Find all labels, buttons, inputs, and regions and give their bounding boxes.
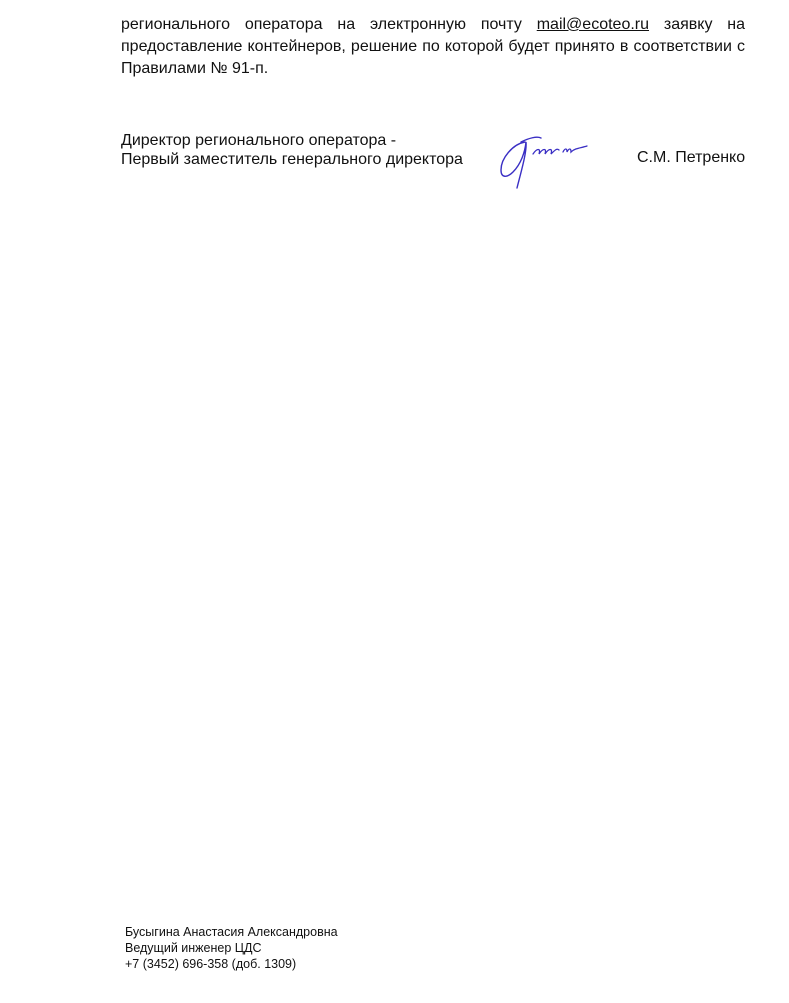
line-1-text: регионального оператора на электронную п… — [121, 16, 522, 33]
signatory-name: С.М. Петренко — [637, 148, 745, 167]
paragraph-line-3: Правилами № 91-п. — [121, 58, 745, 80]
line-1-tail: заявку на — [664, 16, 745, 33]
contact-phone: +7 (3452) 696-358 (доб. 1309) — [125, 956, 338, 972]
signatory-title-line-1: Директор регионального оператора - — [121, 131, 463, 150]
body-paragraph: регионального оператора на электронную п… — [121, 14, 745, 80]
contact-name: Бусыгина Анастасия Александровна — [125, 924, 338, 940]
signatory-title-line-2: Первый заместитель генерального директор… — [121, 150, 463, 169]
contact-block: Бусыгина Анастасия Александровна Ведущий… — [125, 924, 338, 972]
handwritten-signature-icon — [495, 128, 605, 192]
signatory-title: Директор регионального оператора - Первы… — [121, 131, 463, 169]
paragraph-line-2: предоставление контейнеров, решение по к… — [121, 36, 745, 58]
paragraph-line-1: регионального оператора на электронную п… — [121, 14, 745, 36]
contact-position: Ведущий инженер ЦДС — [125, 940, 338, 956]
email-link[interactable]: mail@ecoteo.ru — [537, 16, 649, 33]
